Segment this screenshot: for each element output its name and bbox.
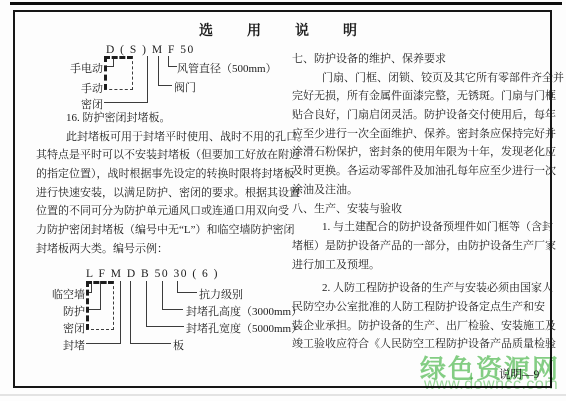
body-line: 力防护密闭封堵板（编号中无“L”）和临空墙防护密闭 [36, 221, 292, 240]
section-heading-7: 七、防护设备的维护、保养要求 [292, 50, 550, 69]
diagram-label-plate: 板 [173, 337, 184, 353]
body-line: 的指定位置），战时根据事先设定的转换时限将封堵板 [36, 165, 292, 184]
body-line: 应至少进行一次全面维护、保养。密封条应保持完好并 [292, 125, 550, 144]
body-line: 1. 与土建配合的防护设备预埋件如门框等（含封 [292, 218, 550, 237]
connector-line [86, 281, 121, 344]
connector-line [168, 56, 177, 67]
connector-line [104, 56, 148, 103]
diagram-label-manual: 手动 [81, 80, 103, 96]
diagram-label-resistance-grade: 抗力级别 [199, 286, 243, 302]
body-line: 贴合良好，门扇启闭灵活。防护设备交付使用后，每年 [292, 106, 550, 125]
valve-model-code: D ( S ) M F 50 [106, 44, 195, 56]
body-line: 位置的不同可分为防护单元通风口或连通口用双向受 [36, 202, 292, 221]
page-title: 选 用 说 明 [0, 20, 566, 40]
body-line: 进行快速安装，以满足防护、密闭的要求。根据其设置 [36, 184, 292, 203]
section-heading-8: 八、生产、安装与验收 [292, 200, 550, 219]
body-line: 此封堵板可用于封堵平时使用、战时不用的孔口。 [36, 128, 292, 147]
watermark-site-url: www.downcc.com [424, 376, 558, 394]
body-line: 涂油及注油。 [292, 181, 550, 200]
body-line: 装企业承担。防护设备的生产、出厂检验、安装施工及 [292, 317, 550, 336]
body-line: 民防空办公室批准的人防工程防护设备定点生产和安 [292, 298, 550, 317]
diagram-label-hole-width: 封堵孔宽度（5000mm） [186, 320, 302, 336]
diagram-label-blocking: 封堵 [63, 337, 85, 353]
item-heading: 16. 防护密闭封堵板。 [36, 109, 292, 128]
left-text-column: 16. 防护密闭封堵板。 此封堵板可用于封堵平时使用、战时不用的孔口。 其特点是… [36, 109, 292, 259]
body-line: 堵框）是防护设备产品的一部分，由防护设备生产厂家 [292, 237, 550, 256]
connector-line [130, 281, 171, 344]
body-line: 封堵板两大类。编号示例： [36, 240, 292, 259]
diagram-label-hole-height: 封堵孔高度（3000mm） [186, 303, 302, 319]
top-rule [10, 2, 562, 5]
body-line: 及时更换。各运动零部件及加油孔每年应至少进行一次 [292, 162, 550, 181]
document-page: 选 用 说 明 D ( S ) M F 50 手电动 手动 密闭 风管直径（50… [0, 0, 566, 401]
body-line: 完好无损，所有金属件面漆完整，无锈斑。门扇与门框 [292, 87, 550, 106]
diagram-label-airtight: 密闭 [63, 320, 85, 336]
diagram-label-outer-wall: 临空墙 [52, 286, 85, 302]
scan-edge-line [0, 394, 566, 396]
diagram-label-protective: 防护 [63, 303, 85, 319]
diagram-label-valve: 阀门 [174, 79, 196, 95]
body-line: 门扇、门框、闭锁、铰页及其它所有零部件齐全并 [292, 69, 550, 88]
body-line: 涂滑石粉保护，密封条的使用年限为十年，发现老化应 [292, 143, 550, 162]
panel-model-code: L F M D B 50 30 ( 6 ) [86, 268, 219, 280]
diagram-label-electric-manual: 手电动 [70, 60, 103, 76]
body-line: 2. 人防工程防护设备的生产与安装必须由国家人 [292, 279, 550, 298]
diagram-label-duct-diameter: 风管直径（500mm） [177, 60, 277, 76]
body-line: 其特点是平时可以不安装封堵板（但要加工好放在附近 [36, 146, 292, 165]
body-line: 进行加工及预埋。 [292, 256, 550, 275]
right-text-column: 七、防护设备的维护、保养要求 门扇、门框、闭锁、铰页及其它所有零部件齐全并 完好… [292, 50, 550, 354]
